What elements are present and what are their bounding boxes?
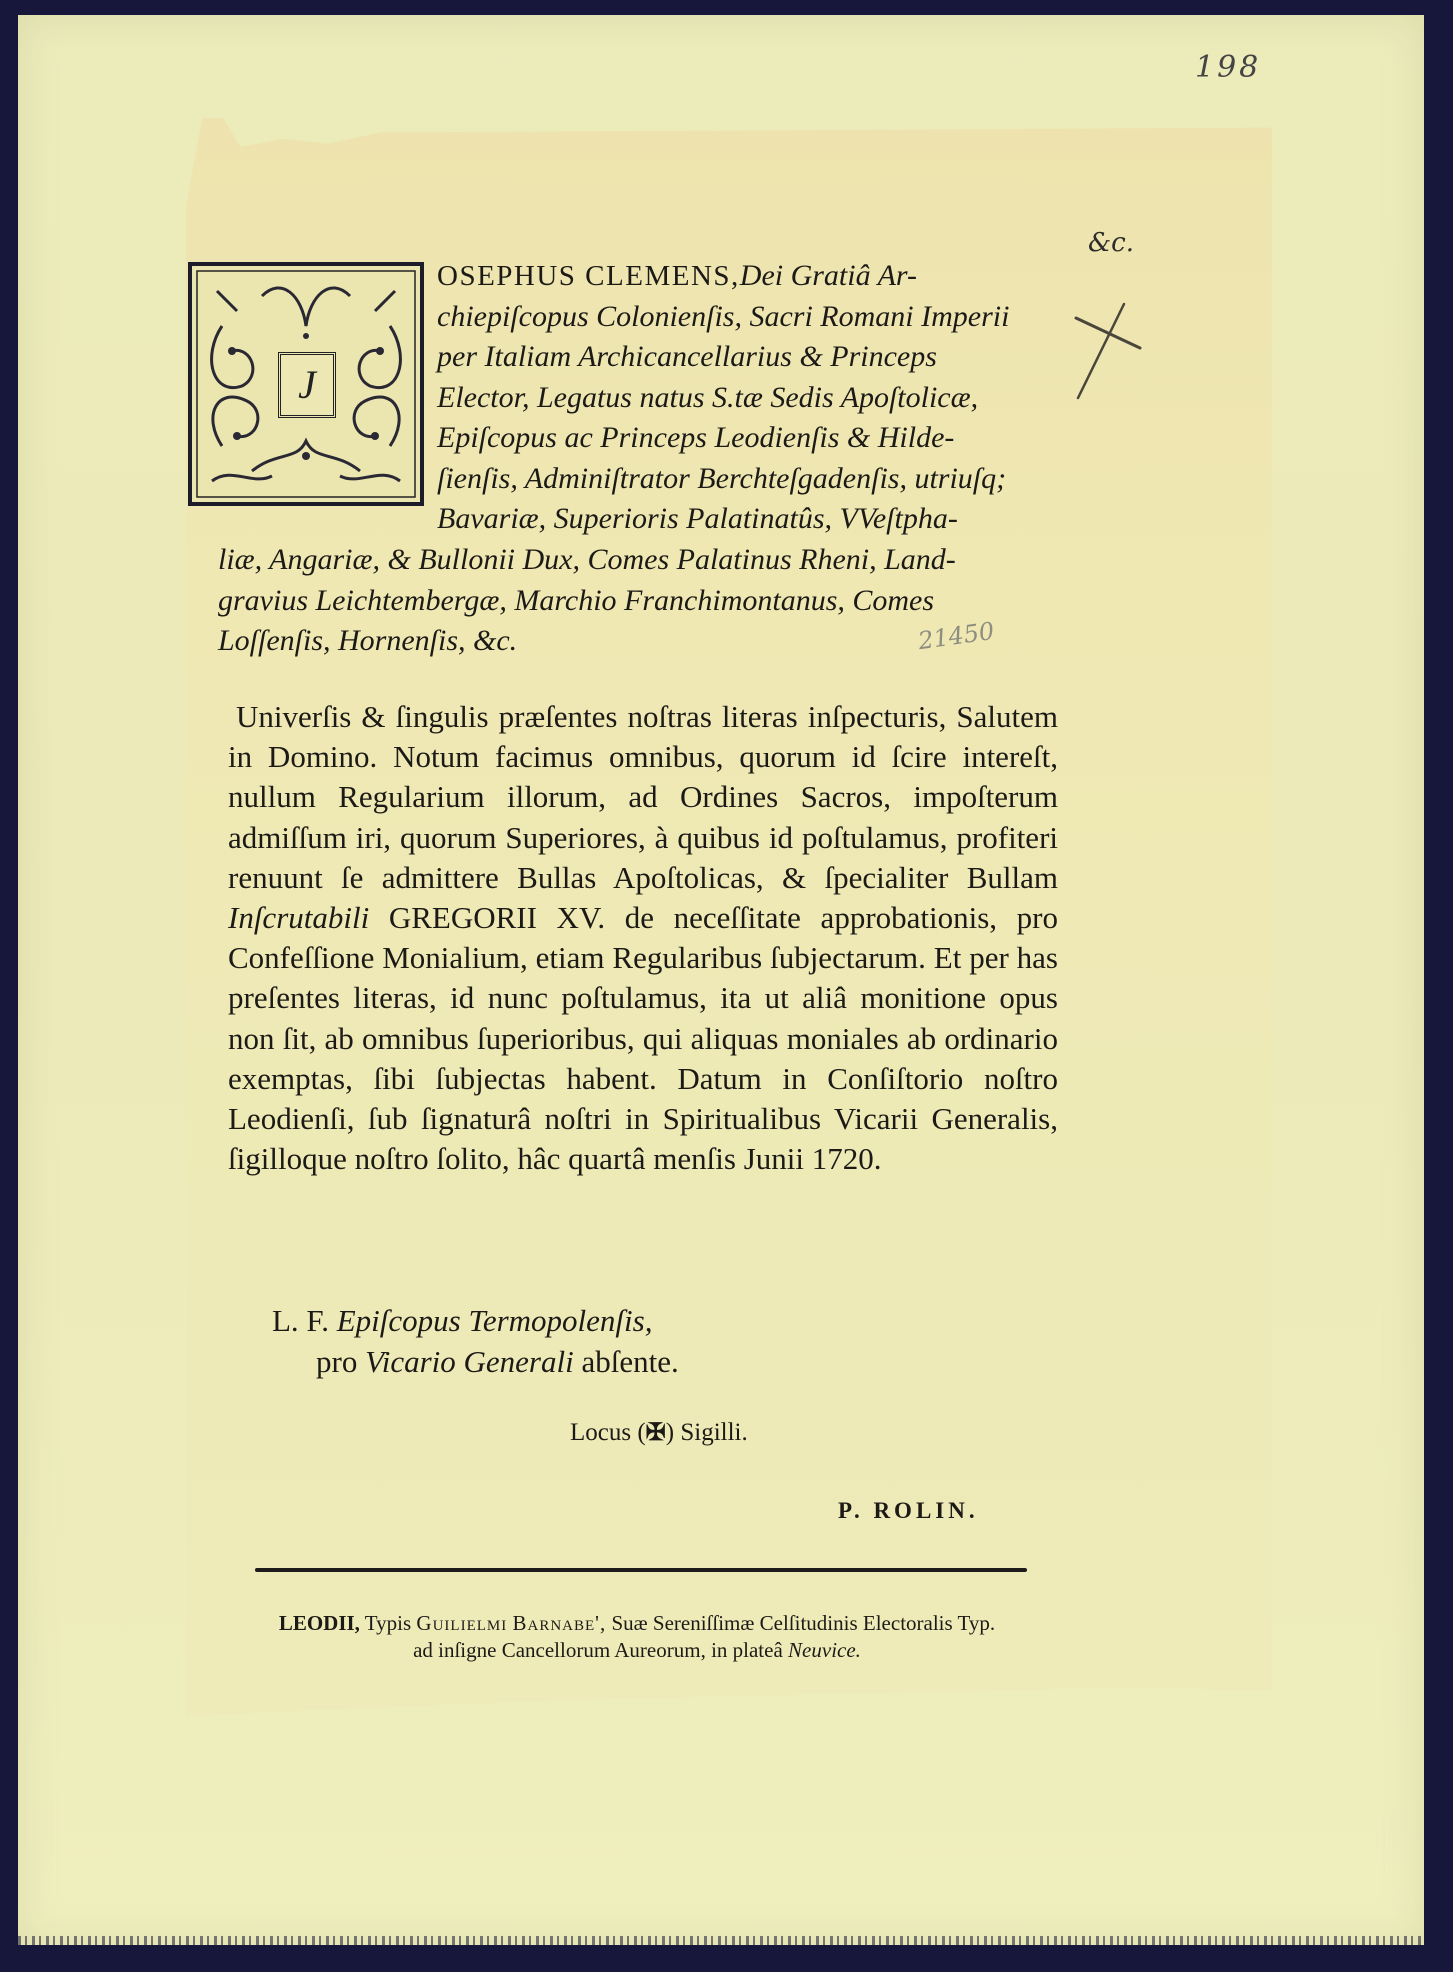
heading-line: Epiſcopus ac Princeps Leodienſis & Hilde… [437, 421, 954, 454]
seal-place: Locus (✠) Sigilli. [570, 1418, 748, 1447]
imprint-typis: Typis [365, 1611, 411, 1635]
bull-title: Inſcrutabili [228, 900, 369, 935]
countersignature: P. ROLIN. [838, 1498, 979, 1524]
imprint-street: Neuvice. [788, 1638, 861, 1662]
margin-annotation: &c. [1088, 228, 1134, 258]
cross-icon: ✠ [646, 1420, 666, 1446]
heading-line: chiepiſcopus Colonienſis, Sacri Romani I… [437, 300, 1009, 333]
signature-pro: pro [316, 1344, 357, 1379]
signature-block: L. F. Epiſcopus Termopolenſis, pro Vicar… [272, 1300, 679, 1382]
signature-initials: L. F. [272, 1303, 329, 1338]
divider-rule [255, 1568, 1027, 1572]
heading-tail-line: Loſſenſis, Hornenſis, &c. [218, 624, 517, 657]
seal-text-after: ) Sigilli. [666, 1419, 748, 1446]
heading-tail: liæ, Angariæ, & Bullonii Dux, Comes Pala… [218, 540, 1038, 662]
heading-name: OSEPHUS CLEMENS, [437, 260, 740, 292]
heading-line: per Italiam Archicancellarius & Princeps [437, 340, 937, 373]
heading-tail-line: gravius Leichtembergæ, Marchio Franchimo… [218, 584, 934, 617]
heading-line: ſienſis, Adminiſtrator Berchteſgadenſis,… [437, 462, 1006, 495]
ornate-initial: J [188, 262, 424, 506]
heading-titles: OSEPHUS CLEMENS,Dei Gratiâ Ar- chiepiſco… [437, 256, 1037, 540]
backing-torn-edge [18, 1936, 1424, 1950]
imprint-city: LEODII, [279, 1611, 360, 1635]
imprint-printer-first: Guilielmi [416, 1611, 507, 1635]
heading-line: Elector, Legatus natus S.tæ Sedis Apoſto… [437, 381, 978, 414]
margin-x-mark-icon [1068, 300, 1148, 400]
heading-line: Bavariæ, Superioris Palatinatûs, VVeſtph… [437, 502, 958, 535]
imprint-printer-last: Barnabe', [512, 1611, 606, 1635]
body-part-2: GREGORII XV. de neceſſitate approbationi… [228, 900, 1058, 1176]
signature-vicar: Vicario Generali [365, 1344, 574, 1379]
seal-text-before: Locus ( [570, 1419, 646, 1446]
signature-title: Epiſcopus Termopolenſis, [337, 1303, 653, 1338]
printer-imprint: LEODII, Typis Guilielmi Barnabe', Suæ Se… [222, 1610, 1052, 1664]
folio-number: 198 [1195, 50, 1261, 85]
decree-body: Univerſis & ſingulis præſentes noſtras l… [228, 697, 1058, 1179]
signature-absent: abſente. [581, 1344, 678, 1379]
body-part-1: Univerſis & ſingulis præſentes noſtras l… [228, 699, 1058, 895]
initial-letter: J [278, 352, 336, 418]
heading-line-1: Dei Gratiâ Ar- [740, 259, 917, 292]
imprint-line2: ad inſigne Cancellorum Aureorum, in plat… [413, 1638, 783, 1662]
heading-tail-line: liæ, Angariæ, & Bullonii Dux, Comes Pala… [218, 543, 956, 576]
imprint-line1-rest: Suæ Sereniſſimæ Celſitudinis Electoralis… [611, 1611, 995, 1635]
